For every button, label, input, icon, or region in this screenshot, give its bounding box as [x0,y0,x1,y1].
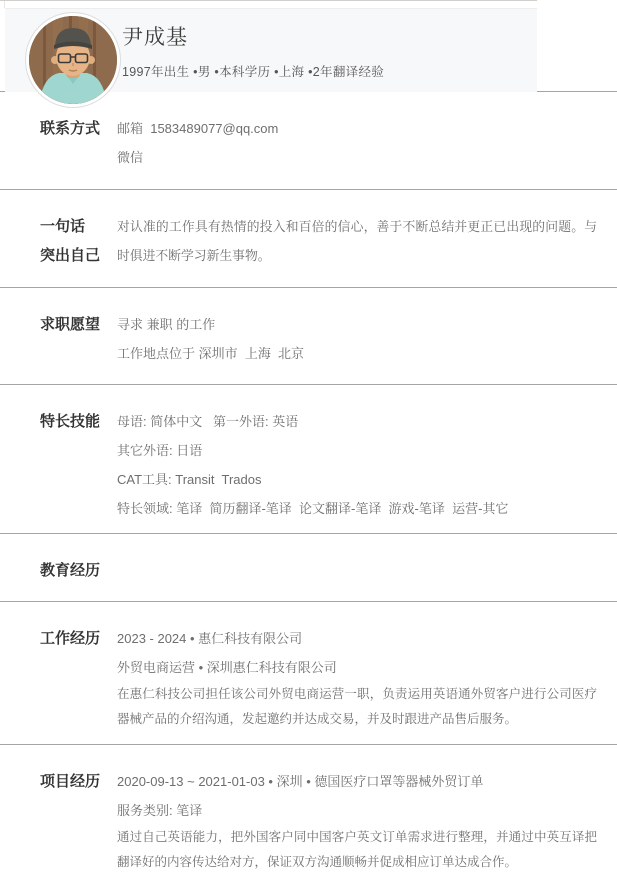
job-location-line: 工作地点位于 深圳市 上海 北京 [117,339,597,368]
skills-other-language-line: 其它外语: 日语 [117,436,597,465]
education-section: 教育经历 [0,534,617,602]
job-wish-section: 求职愿望 寻求 兼职 的工作 工作地点位于 深圳市 上海 北京 [0,288,617,385]
education-content [117,534,617,601]
contact-section: 联系方式 邮箱 1583489077@qq.com 微信 [0,92,617,190]
work-description: 在惠仁科技公司担任该公司外贸电商运营一职，负责运用英语通外贸客户进行公司医疗器械… [117,682,597,731]
project-label: 项目经历 [40,767,117,796]
resume-page: 尹成基 1997年出生 •男 •本科学历 •上海 •2年翻译经验 联系方式 邮箱… [0,0,617,887]
work-period-company-line: 2023 - 2024 • 惠仁科技有限公司 [117,624,597,653]
contact-label: 联系方式 [40,114,117,143]
work-title-line: 外贸电商运营 • 深圳惠仁科技有限公司 [117,653,597,682]
work-experience-section: 工作经历 2023 - 2024 • 惠仁科技有限公司 外贸电商运营 • 深圳惠… [0,602,617,745]
education-label: 教育经历 [40,556,117,585]
pitch-label-line2: 突出自己 [40,241,117,270]
job-wish-label-column: 求职愿望 [0,288,117,384]
avatar [26,13,120,107]
contact-content: 邮箱 1583489077@qq.com 微信 [117,92,617,189]
project-service-type-line: 服务类别: 笔译 [117,796,597,825]
job-wish-label: 求职愿望 [40,310,117,339]
skills-domains-line: 特长领域: 笔译 简历翻译-笔译 论文翻译-笔译 游戏-笔译 运营-其它 [117,494,597,523]
skills-section: 特长技能 母语: 简体中文 第一外语: 英语 其它外语: 日语 CAT工具: T… [0,385,617,534]
job-wish-content: 寻求 兼职 的工作 工作地点位于 深圳市 上海 北京 [117,288,617,384]
header-text-block: 尹成基 1997年出生 •男 •本科学历 •上海 •2年翻译经验 [122,8,384,91]
pitch-section: 一句话 突出自己 对认准的工作具有热情的投入和百倍的信心，善于不断总结并更正已出… [0,190,617,288]
job-type-line: 寻求 兼职 的工作 [117,310,597,339]
project-experience-section: 项目经历 2020-09-13 ~ 2021-01-03 • 深圳 • 德国医疗… [0,745,617,887]
pitch-label-line1: 一句话 [40,212,117,241]
skills-languages-line: 母语: 简体中文 第一外语: 英语 [117,407,597,436]
project-label-column: 项目经历 [0,745,117,887]
pitch-content: 对认准的工作具有热情的投入和百倍的信心，善于不断总结并更正已出现的问题。与时俱进… [117,190,617,287]
candidate-tagline: 1997年出生 •男 •本科学历 •上海 •2年翻译经验 [122,62,384,80]
work-label-column: 工作经历 [0,602,117,744]
top-spacer [0,0,617,8]
avatar-photo-illustration [29,16,117,104]
project-period-title-line: 2020-09-13 ~ 2021-01-03 • 深圳 • 德国医疗口罩等器械… [117,767,597,796]
skills-content: 母语: 简体中文 第一外语: 英语 其它外语: 日语 CAT工具: Transi… [117,385,617,533]
project-content: 2020-09-13 ~ 2021-01-03 • 深圳 • 德国医疗口罩等器械… [117,745,617,887]
page-top-border [0,0,537,1]
pitch-paragraph: 对认准的工作具有热情的投入和百倍的信心，善于不断总结并更正已出现的问题。与时俱进… [117,212,597,270]
contact-email-line: 邮箱 1583489077@qq.com [117,114,597,143]
skills-label: 特长技能 [40,407,117,436]
contact-label-column: 联系方式 [0,92,117,189]
candidate-name: 尹成基 [122,21,384,51]
education-label-column: 教育经历 [0,534,117,601]
skills-cat-tools-line: CAT工具: Transit Trados [117,465,597,494]
work-content: 2023 - 2024 • 惠仁科技有限公司 外贸电商运营 • 深圳惠仁科技有限… [117,602,617,744]
work-label: 工作经历 [40,624,117,653]
pitch-label-column: 一句话 突出自己 [0,190,117,287]
project-description: 通过自己英语能力，把外国客户同中国客户英文订单需求进行整理，并通过中英互译把翻译… [117,825,597,874]
contact-wechat-line: 微信 [117,143,597,172]
skills-label-column: 特长技能 [0,385,117,533]
